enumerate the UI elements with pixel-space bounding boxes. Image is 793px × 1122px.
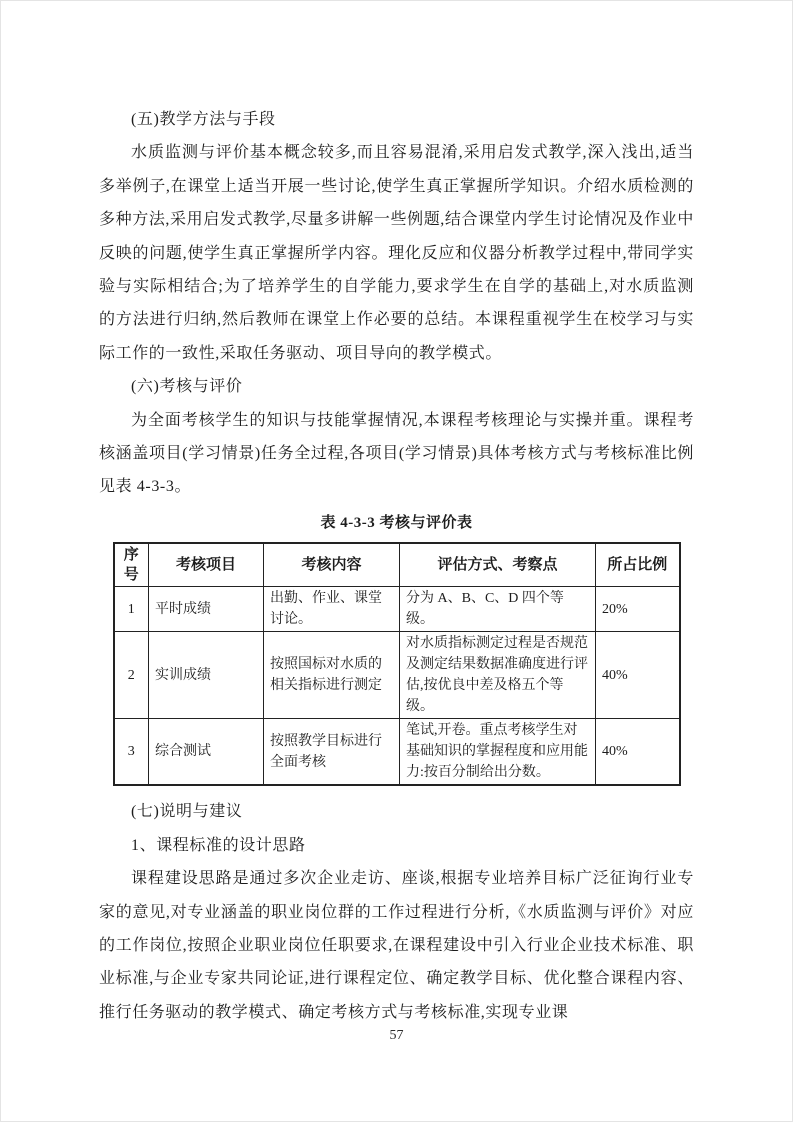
paragraph-design-approach: 课程建设思路是通过多次企业走访、座谈,根据专业培养目标广泛征询行业专家的意见,对… xyxy=(99,862,694,1029)
cell-method: 笔试,开卷。重点考核学生对基础知识的掌握程度和应用能力:按百分制给出分数。 xyxy=(400,719,596,786)
section-heading-teaching-methods: (五)教学方法与手段 xyxy=(99,103,694,136)
table-header-cell-no: 序号 xyxy=(114,543,149,587)
table-row: 2 实训成绩 按照国标对水质的相关指标进行测定 对水质指标测定过程是否规范及测定… xyxy=(114,632,680,719)
table-header-row: 序号 考核项目 考核内容 评估方式、考察点 所占比例 xyxy=(114,543,680,587)
document-page: (五)教学方法与手段 水质监测与评价基本概念较多,而且容易混淆,采用启发式教学,… xyxy=(0,0,793,1122)
section-heading-notes: (七)说明与建议 xyxy=(99,795,694,828)
table-header-cell-content: 考核内容 xyxy=(264,543,400,587)
cell-item: 实训成绩 xyxy=(149,632,264,719)
cell-row-no: 2 xyxy=(114,632,149,719)
cell-ratio: 20% xyxy=(596,587,680,632)
table-row: 3 综合测试 按照教学目标进行全面考核 笔试,开卷。重点考核学生对基础知识的掌握… xyxy=(114,719,680,786)
page-number: 57 xyxy=(0,1028,793,1044)
cell-content: 出勤、作业、课堂讨论。 xyxy=(264,587,400,632)
cell-item: 平时成绩 xyxy=(149,587,264,632)
section-heading-assessment: (六)考核与评价 xyxy=(99,370,694,403)
table-caption: 表 4-3-3 考核与评价表 xyxy=(99,508,694,538)
cell-method: 分为 A、B、C、D 四个等级。 xyxy=(400,587,596,632)
paragraph-assessment-overview: 为全面考核学生的知识与技能掌握情况,本课程考核理论与实操并重。课程考核涵盖项目(… xyxy=(99,404,694,504)
cell-ratio: 40% xyxy=(596,719,680,786)
cell-row-no: 3 xyxy=(114,719,149,786)
paragraph-teaching-methods: 水质监测与评价基本概念较多,而且容易混淆,采用启发式教学,深入浅出,适当多举例子… xyxy=(99,136,694,370)
cell-ratio: 40% xyxy=(596,632,680,719)
cell-row-no: 1 xyxy=(114,587,149,632)
cell-content: 按照国标对水质的相关指标进行测定 xyxy=(264,632,400,719)
cell-method: 对水质指标测定过程是否规范及测定结果数据准确度进行评估,按优良中差及格五个等级。 xyxy=(400,632,596,719)
subheading-design-approach: 1、课程标准的设计思路 xyxy=(99,829,694,862)
table-header-cell-ratio: 所占比例 xyxy=(596,543,680,587)
cell-content: 按照教学目标进行全面考核 xyxy=(264,719,400,786)
table-header-cell-method: 评估方式、考察点 xyxy=(400,543,596,587)
cell-item: 综合测试 xyxy=(149,719,264,786)
table-header-cell-item: 考核项目 xyxy=(149,543,264,587)
table-row: 1 平时成绩 出勤、作业、课堂讨论。 分为 A、B、C、D 四个等级。 20% xyxy=(114,587,680,632)
assessment-table: 序号 考核项目 考核内容 评估方式、考察点 所占比例 1 平时成绩 出勤、作业、… xyxy=(113,542,681,787)
